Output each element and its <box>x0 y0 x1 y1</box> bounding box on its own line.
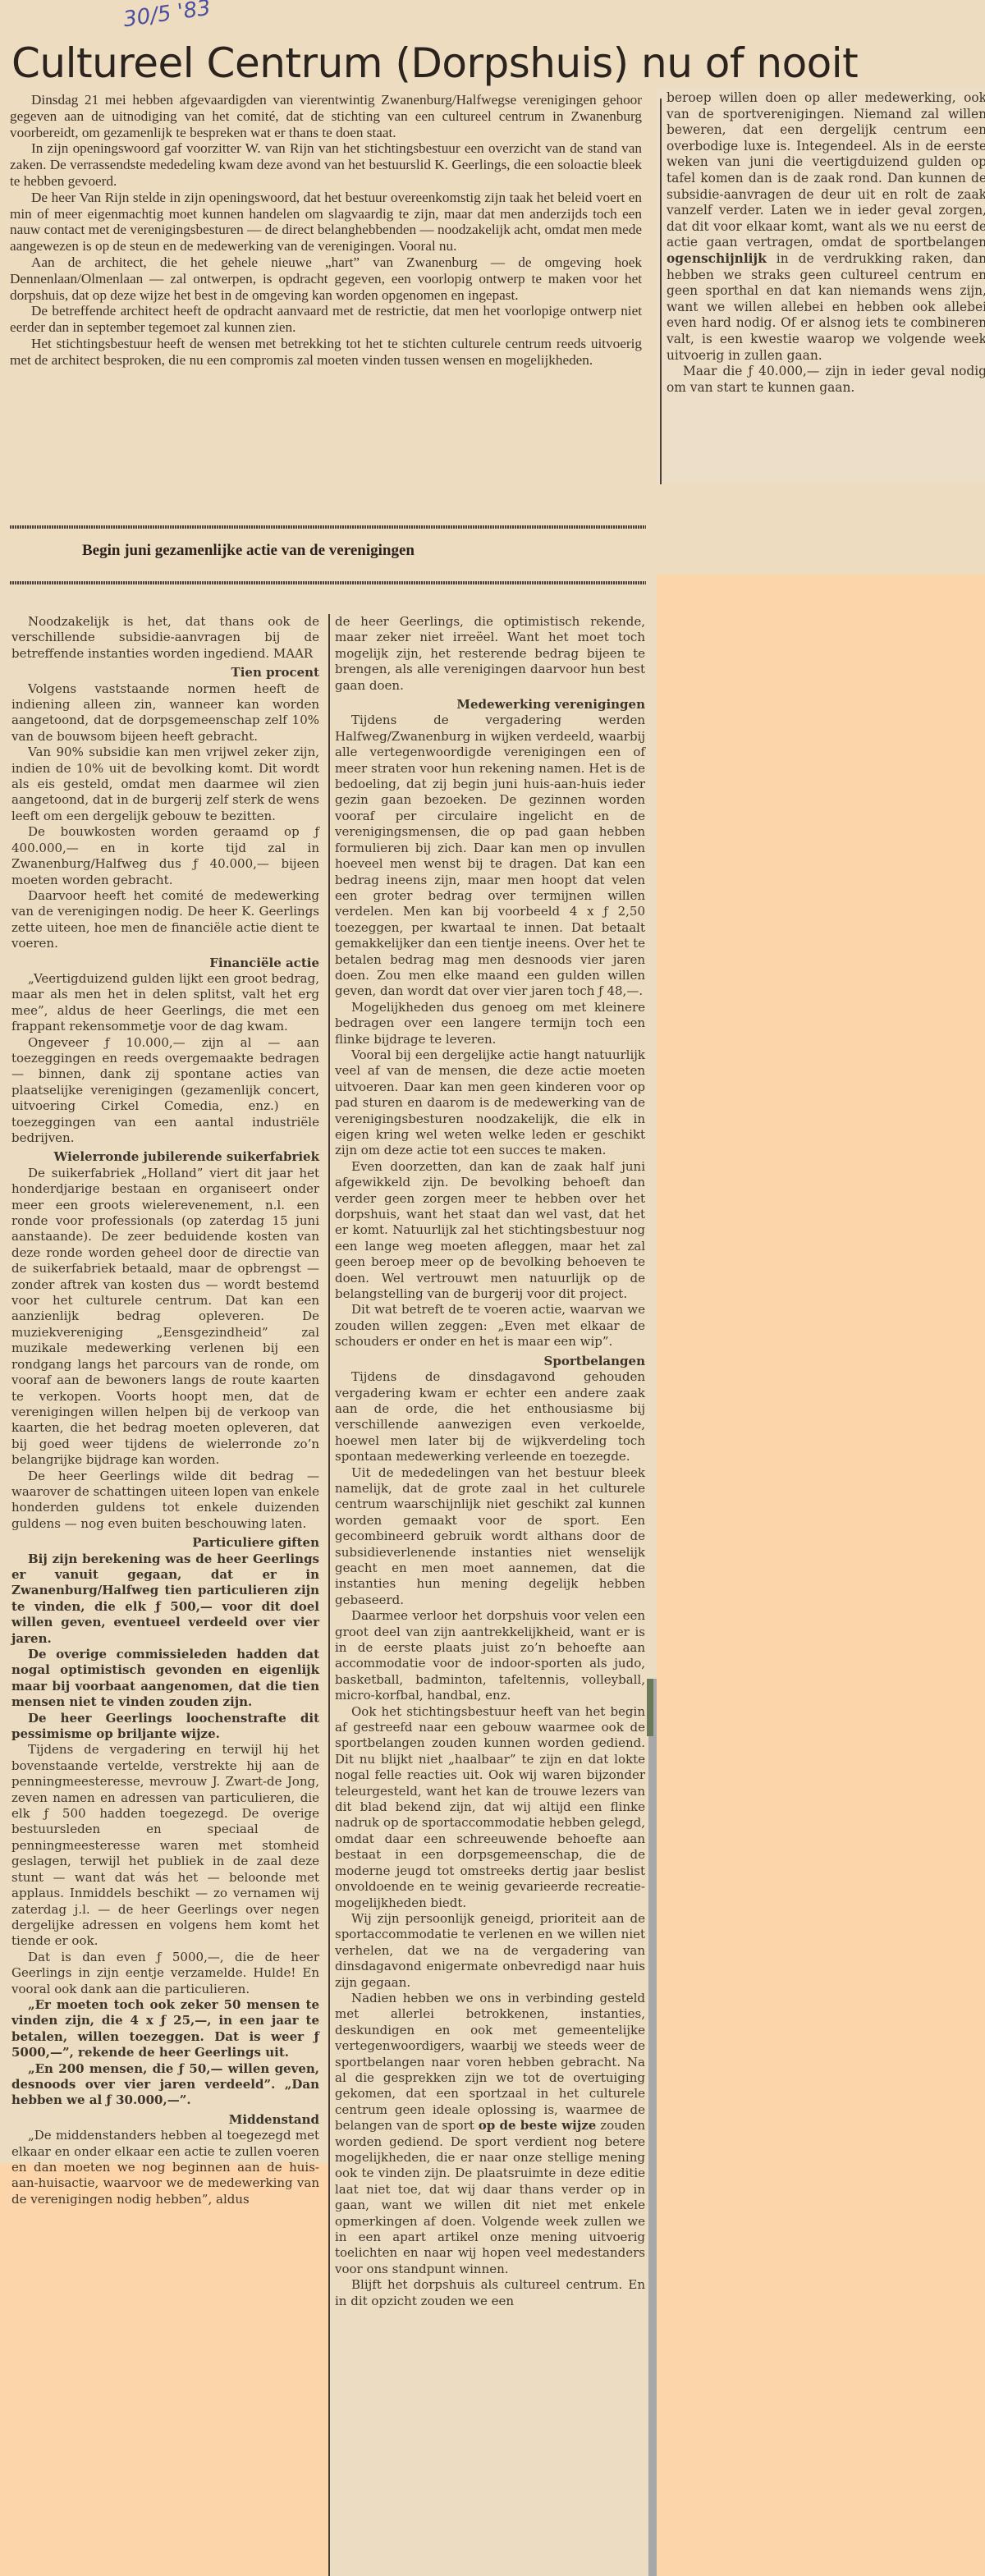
column-paragraph: Even doorzetten, dan kan de zaak half ju… <box>335 1159 645 1303</box>
intro-paragraph: De betreffende architect heeft de opdrac… <box>10 303 642 336</box>
text-run: zouden worden gediend. De sport verdient… <box>335 2118 645 2276</box>
middle-column: de heer Geerlings, die optimistisch reke… <box>335 614 645 2309</box>
column-paragraph: De bouwkosten worden geraamd op ƒ 400.00… <box>11 824 319 888</box>
column-paragraph: „Er moeten toch ook zeker 50 mensen te v… <box>11 1997 319 2061</box>
scan-edge-strip <box>648 1679 657 2576</box>
column-paragraph: Noodzakelijk is het, dat thans ook de ve… <box>11 614 319 662</box>
column-paragraph: Van 90% subsidie kan men vrijwel zeker z… <box>11 745 319 824</box>
column-paragraph: Ongeveer ƒ 10.000,— zijn al — aan toezeg… <box>11 1035 319 1147</box>
column-rule <box>660 99 662 484</box>
subheading-particuliere-giften: Particuliere giften <box>11 1535 319 1551</box>
column-paragraph: „De middenstanders hebben al toegezegd m… <box>11 2128 319 2207</box>
column-paragraph: Volgens vaststaande normen heeft de indi… <box>11 681 319 745</box>
intro-article: Dinsdag 21 mei hebben afgevaardigden van… <box>10 92 642 369</box>
column-paragraph: Vooral bij een dergelijke actie hangt na… <box>335 1047 645 1159</box>
subheading-wielerronde: Wielerronde jubilerende suikerfabriek <box>11 1149 319 1165</box>
column-paragraph: Uit de mededelingen van het bestuur blee… <box>335 1465 645 1609</box>
subheading-tien-procent: Tien procent <box>11 665 319 681</box>
subheading-sportbelangen: Sportbelangen <box>335 1354 645 1369</box>
intro-paragraph: Dinsdag 21 mei hebben afgevaardigden van… <box>10 92 642 140</box>
column-paragraph: Tijdens de dinsdagavond gehouden vergade… <box>335 1369 645 1464</box>
column-paragraph: de heer Geerlings, die optimistisch reke… <box>335 614 645 694</box>
emphasis-text: ogenschijnlijk <box>667 251 767 266</box>
headline: Cultureel Centrum (Dorpshuis) nu of nooi… <box>11 39 985 87</box>
column-paragraph: Wij zijn persoonlijk geneigd, prioriteit… <box>335 1911 645 1991</box>
column-paragraph: Dat is dan even ƒ 5000,—, die de heer Ge… <box>11 1950 319 1997</box>
text-run: beroep willen doen op aller medewerking,… <box>667 90 985 250</box>
column-paragraph: Ook het stichtingsbestuur heeft van het … <box>335 1704 645 1911</box>
column-paragraph: De overige commissieleden hadden dat nog… <box>11 1647 319 1711</box>
column-paragraph: Blijft het dorpshuis als cultureel centr… <box>335 2277 645 2309</box>
text-run: Nadien hebben we ons in verbinding geste… <box>335 1991 645 2133</box>
intro-paragraph: Aan de architect, die het gehele nieuwe … <box>10 254 642 303</box>
column-paragraph: beroep willen doen op aller medewerking,… <box>667 90 985 364</box>
intro-paragraph: In zijn openingswoord gaf voorzitter W. … <box>10 140 642 189</box>
section-heading: Begin juni gezamenlijke actie van de ver… <box>82 542 415 560</box>
intro-paragraph: Het stichtingsbestuur heeft de wensen me… <box>10 336 642 369</box>
column-paragraph: „Veertigduizend gulden lijkt een groot b… <box>11 971 319 1035</box>
column-paragraph: „En 200 mensen, die ƒ 50,— willen geven,… <box>11 2061 319 2109</box>
intro-paragraph: De heer Van Rijn stelde in zijn openings… <box>10 190 642 254</box>
dotted-divider <box>10 581 646 584</box>
column-paragraph: De heer Geerlings loochenstrafte dit pes… <box>11 1711 319 1743</box>
right-top-column: beroep willen doen op aller medewerking,… <box>667 90 985 396</box>
subheading-financiele-actie: Financiële actie <box>11 956 319 971</box>
emphasis-text: op de beste wijze <box>479 2118 597 2133</box>
subheading-middenstand: Middenstand <box>11 2112 319 2128</box>
column-rule <box>328 614 330 2576</box>
column-paragraph: De heer Geerlings wilde dit bedrag — waa… <box>11 1469 319 1533</box>
subheading-medewerking: Medewerking verenigingen <box>335 697 645 713</box>
column-paragraph: Bij zijn berekening was de heer Geerling… <box>11 1552 319 1647</box>
column-paragraph: De suikerfabriek „Holland” viert dit jaa… <box>11 1166 319 1469</box>
column-paragraph: Nadien hebben we ons in verbinding geste… <box>335 1991 645 2277</box>
scan-edge-mark <box>647 1679 653 1736</box>
column-paragraph: Tijdens de vergadering en terwijl hij he… <box>11 1742 319 1949</box>
column-paragraph: Daarvoor heeft het comité de medewerking… <box>11 888 319 952</box>
column-paragraph: Dit wat betreft de te voeren actie, waar… <box>335 1302 645 1350</box>
column-paragraph: Daarmee verloor het dorpshuis voor velen… <box>335 1608 645 1703</box>
dotted-divider <box>10 525 646 529</box>
column-paragraph: Tijdens de vergadering werden Halfweg/Zw… <box>335 713 645 999</box>
background-gap <box>0 2163 328 2576</box>
text-run: in de verdrukking raken, dan hebben we s… <box>667 251 985 363</box>
column-paragraph: Maar die ƒ 40.000,— zijn in ieder geval … <box>667 364 985 396</box>
left-column: Noodzakelijk is het, dat thans ook de ve… <box>11 614 319 2207</box>
column-paragraph: Mogelijkheden dus genoeg om met kleinere… <box>335 1000 645 1047</box>
